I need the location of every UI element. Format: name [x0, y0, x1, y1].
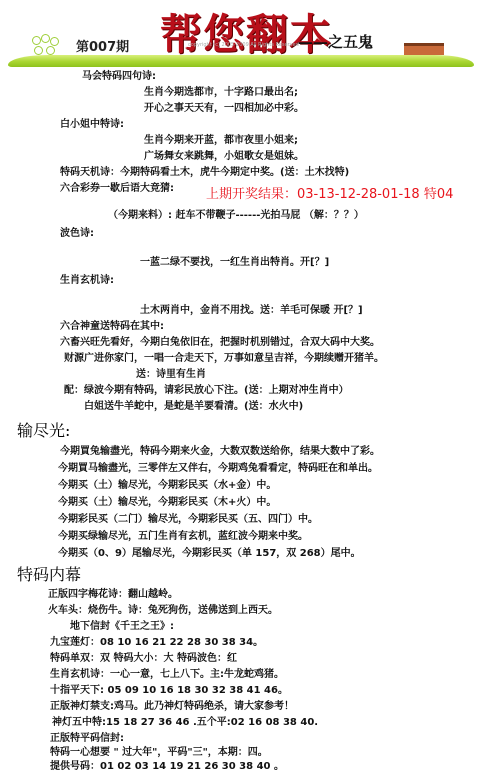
temaneimu-line: 正版四字梅花诗：翻山越岭。	[48, 588, 178, 602]
issue-number: 第007期	[76, 36, 129, 55]
shujinguang-line: 今期彩民买（二门）输尽光，今期彩民买（五、四门）中。	[58, 513, 318, 527]
shujinguang-line: 今期買马输盡光，三零伴左又伴右，今期鸡兔看看定，特码旺在和单出。	[58, 462, 378, 476]
shenji-line: 财源广进你家门，一唱一合走天下，万事如意呈吉祥，今期续赠开猪羊。	[64, 352, 384, 366]
miss-bai-title: 白小姐中特诗:	[60, 118, 124, 132]
horse-poem-line: 开心之事天天有，一四相加必中彩。	[144, 102, 304, 116]
xiehouyu-title: 六合彩券一歇后语大竞猜:	[60, 182, 174, 196]
pei-line: 白姐送牛羊蛇中，是蛇是羊要看清。(送：水火中)	[84, 400, 303, 414]
temaneimu-line: 火车头：烧伤牛。诗：兔死狗伤，送佛送到上西天。	[48, 604, 278, 618]
temaneimu-line: 九宝莲灯：08 10 16 21 22 28 30 38 34。	[50, 636, 263, 650]
xuanji-title: 生肖玄机诗:	[60, 274, 114, 288]
tianji-poem: 特码天机诗：今期特码看土木，虎牛今期定中奖。(送：土木找特)	[60, 166, 349, 180]
shujinguang-line: 今期买（土）输尽光，今期彩民买（水+金）中。	[58, 479, 276, 493]
section-title-temaneimu: 特码内幕	[17, 562, 81, 585]
xiehouyu-line: （今期来料）: 赶车不带鞭子------光拍马屁 （解：？？）	[108, 209, 364, 223]
copyright-text: copyright (c) 2005-2009 All Rights Reser…	[188, 42, 328, 49]
shenji-title: 六合神童送特码在其中:	[60, 320, 164, 334]
temaneimu-line: 十指平天下: 05 09 10 16 18 30 32 38 41 46。	[50, 684, 288, 698]
temaneimu-line: 特码一心想要 " 过大年"，平码"三"，本期：四。	[50, 746, 268, 760]
temaneimu-line: 特码单双：双 特码大小：大 特码波色：红	[50, 652, 237, 666]
bose-title: 波色诗:	[60, 227, 94, 241]
shenji-song: 送：诗里有生肖	[136, 368, 206, 382]
house-decoration-icon	[404, 43, 444, 55]
xuanji-line: 土木两肖中，金肖不用找。送：羊毛可保暖 开[？]	[140, 304, 363, 318]
last-draw-result: 上期开奖结果：03-13-12-28-01-18 特04	[206, 183, 453, 202]
shujinguang-line: 今期買兔输盡光，特码今期来火金，大数双数送给你，结果大数中了彩。	[60, 445, 380, 459]
temaneimu-line: 正版神灯禁支:鸡马。此乃神灯特码绝杀，请大家参考！	[50, 700, 294, 714]
pei-line: 配：绿波今期有特码，请彩民放心下注。(送：上期对冲生肖中）	[64, 384, 349, 398]
logo-icon	[32, 34, 62, 56]
shujinguang-line: 今期买（土）输尽光，今期彩民买（木+火）中。	[58, 496, 276, 510]
temaneimu-line: 地下信封《千王之王》:	[70, 620, 174, 634]
temaneimu-line: 神灯五中特:15 18 27 36 46 .五个平:02 16 08 38 40…	[52, 716, 318, 730]
temaneimu-line: 正版特平码信封:	[50, 732, 124, 746]
miss-bai-line: 生肖今期来开蓝，都市夜里小姐来;	[144, 134, 298, 148]
temaneimu-line: 生肖玄机诗：一心一意，七上八下。主:牛龙蛇鸡猪。	[50, 668, 284, 682]
page-header: 第007期 帮您翻本 ——之五鬼 copyright (c) 2005-2009…	[0, 0, 482, 68]
shujinguang-line: 今期买（0、9）尾输尽光，今期彩民买（单 157，双 268）尾中。	[58, 547, 361, 561]
temaneimu-line: 提供号码：01 02 03 14 19 21 26 30 38 40 。	[50, 760, 284, 772]
miss-bai-line: 广场舞女来跳舞，小姐歌女是姐妹。	[144, 150, 304, 164]
bose-line: 一蓝二绿不要找，一红生肖出特肖。开[？]	[140, 256, 329, 270]
horse-poem-title: 马会特码四句诗:	[82, 70, 156, 84]
shujinguang-line: 今期买绿输尽光，五门生肖有玄机，蓝红波今期来中奖。	[58, 530, 308, 544]
section-title-shujinguang: 输尽光:	[17, 418, 70, 441]
horse-poem-line: 生肖今期选都市，十字路口最出名;	[144, 86, 298, 100]
shenji-line: 六畜兴旺先看好，今期白兔依旧在，把握时机别错过，合双大码中大奖。	[60, 336, 380, 350]
